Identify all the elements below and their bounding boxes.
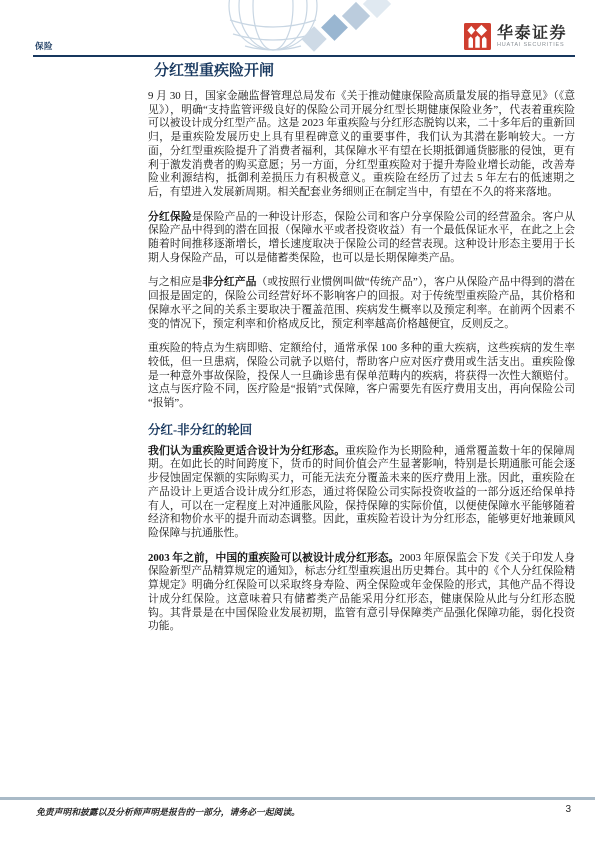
globe-watermark-graphic	[205, 0, 405, 56]
paragraph-text: 是保险产品的一种设计形态，保险公司和客户分享保险公司的经营盈余。客户从保险产品中…	[148, 211, 575, 264]
report-body: 分红型重疾险开闸 9 月 30 日，国家金融监督管理总局发布《关于推动健康保险高…	[148, 61, 575, 645]
paragraph-bold-text: 非分红产品	[202, 276, 256, 288]
paragraph-1: 9 月 30 日，国家金融监督管理总局发布《关于推动健康保险高质量发展的指导意见…	[148, 90, 575, 200]
industry-label: 保险	[35, 40, 53, 52]
paragraph-6: 2003 年之前，中国的重疾险可以被设计成分红形态。2003 年原保监会下发《关…	[148, 552, 575, 634]
paragraph-4: 重疾险的特点为生病即赔、定额给付，通常承保 100 多种的重大疾病，这些疾病的发…	[148, 342, 575, 411]
brand-name-cn: 华泰证券	[497, 25, 567, 42]
paragraph-5: 我们认为重疾险更适合设计为分红形态。重疾险作为长期险种，通常覆盖数十年的保障周期…	[148, 445, 575, 541]
report-title: 分红型重疾险开闸	[148, 61, 575, 81]
paragraph-3: 与之相应是非分红产品（或按照行业惯例叫做“传统产品”），客户从保险产品中得到的潜…	[148, 276, 575, 331]
header-divider	[33, 55, 575, 57]
paragraph-bold-text: 我们认为重疾险更适合设计为分红形态。	[148, 445, 345, 457]
logo-text: 华泰证券 HUATAI SECURITIES	[497, 25, 567, 49]
paragraph-bold-text: 分红保险	[148, 211, 192, 223]
huatai-logo: 华泰证券 HUATAI SECURITIES	[464, 23, 567, 50]
paragraph-2: 分红保险是保险产品的一种设计形态，保险公司和客户分享保险公司的经营盈余。客户从保…	[148, 211, 575, 266]
section-heading: 分红-非分红的轮回	[148, 422, 575, 438]
huatai-logo-icon	[464, 23, 491, 50]
paragraph-text: 重疾险的特点为生病即赔、定额给付，通常承保 100 多种的重大疾病，这些疾病的发…	[148, 342, 575, 409]
footer-divider	[0, 797, 595, 800]
paragraph-bold-text: 2003 年之前，中国的重疾险可以被设计成分红形态。	[148, 552, 399, 564]
paragraph-text: 重疾险作为长期险种，通常覆盖数十年的保障周期。在如此长的时间跨度下，货币的时间价…	[148, 445, 575, 539]
report-page: 保险 华泰证券 HUATAI SECURITIES 分红型重疾险开闸 9 月 3…	[0, 0, 595, 841]
paragraph-text: 9 月 30 日，国家金融监督管理总局发布《关于推动健康保险高质量发展的指导意见…	[148, 90, 575, 198]
brand-name-en: HUATAI SECURITIES	[497, 42, 567, 49]
footer-disclaimer: 免责声明和披露以及分析师声明是报告的一部分，请务必一起阅读。	[36, 805, 300, 818]
page-header: 保险 华泰证券 HUATAI SECURITIES	[0, 0, 595, 60]
paragraph-text: 与之相应是	[148, 276, 202, 288]
page-number: 3	[565, 804, 571, 815]
